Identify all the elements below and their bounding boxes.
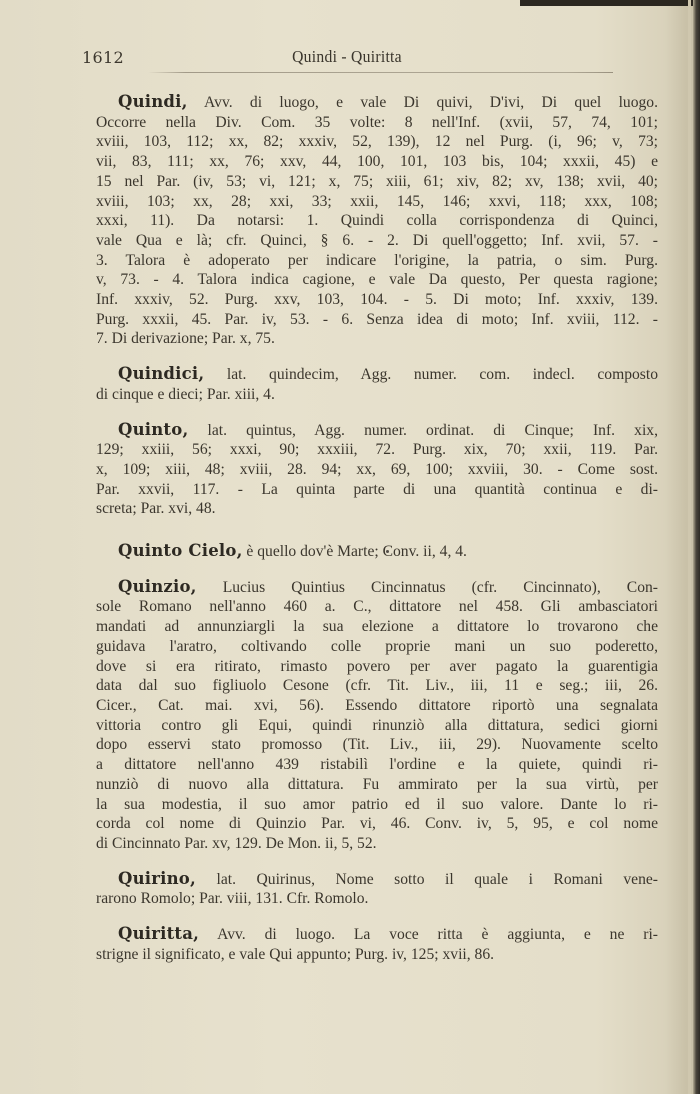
printing-speck: [386, 550, 389, 553]
entry-line: vittoria contro gli Equi, quindi rinunzi…: [96, 716, 658, 736]
entry-line: v, 73. - 4. Talora indica cagione, e val…: [96, 270, 658, 290]
book-page: 1612 Quindi - Quiritta Quindi, Avv. di l…: [0, 0, 700, 1094]
book-binding-edge: [693, 0, 700, 1094]
entry-line: Quirino, lat. Quirinus, Nome sotto il qu…: [96, 869, 658, 890]
entry-line: x, 109; xiii, 48; xviii, 28. 94; xx, 69,…: [96, 460, 658, 480]
entry-line: 7. Di derivazione; Par. x, 75.: [96, 329, 658, 349]
entry-line: sole Romano nell'anno 460 a. C., dittato…: [96, 597, 658, 617]
entry-line: Quiritta, Avv. di luogo. La voce ritta è…: [96, 924, 658, 945]
running-head-title: Quindi - Quiritta: [103, 47, 591, 67]
entry-line: di Cincinnato Par. xv, 129. De Mon. ii, …: [96, 834, 658, 854]
page-edge-highlight: [688, 0, 691, 1094]
headword: Quindici,: [118, 364, 204, 383]
entry-quiritta: Quiritta, Avv. di luogo. La voce ritta è…: [96, 924, 658, 964]
entry-line: vale Qua e là; cfr. Quinci, § 6. - 2. Di…: [96, 231, 658, 251]
scan-top-edge: [520, 0, 700, 6]
entry-line: nunziò di nuovo alla dittatura. Fu ammir…: [96, 775, 658, 795]
entry-line: Quinto Cielo, è quello dov'è Marte; Conv…: [96, 541, 658, 562]
entry-line: Cicer., Cat. mai. xvi, 56). Essendo ditt…: [96, 696, 658, 716]
dictionary-entries: Quindi, Avv. di luogo, e vale Di quivi, …: [96, 92, 658, 979]
entry-line: di cinque e dieci; Par. xiii, 4.: [96, 385, 658, 405]
entry-line: guidava l'aratro, coltivando colle propr…: [96, 637, 658, 657]
entry-line: screta; Par. xvi, 48.: [96, 499, 658, 519]
entry-line: strigne il significato, e vale Qui appun…: [96, 945, 658, 965]
entry-quindi: Quindi, Avv. di luogo, e vale Di quivi, …: [96, 92, 658, 349]
entry-line: 15 nel Par. (iv, 53; vi, 121; x, 75; xii…: [96, 172, 658, 192]
headword: Quinto,: [118, 420, 188, 439]
entry-line: xviii, 103; xx, 28; xxi, 33; xxii, 145, …: [96, 192, 658, 212]
entry-line: Quindi, Avv. di luogo, e vale Di quivi, …: [96, 92, 658, 113]
entry-line: vii, 83, 111; xx, 76; xxv, 44, 100, 101,…: [96, 152, 658, 172]
headword: Quinzio,: [118, 577, 197, 596]
entry-line: Par. xxvii, 117. - La quinta parte di un…: [96, 480, 658, 500]
entry-line: Quinzio, Lucius Quintius Cincinnatus (cf…: [96, 577, 658, 598]
entry-line: Quindici, lat. quindecim, Agg. numer. co…: [96, 364, 658, 385]
entry-line: data dal suo figliuolo Cesone (cfr. Tit.…: [96, 676, 658, 696]
entry-quirino: Quirino, lat. Quirinus, Nome sotto il qu…: [96, 869, 658, 909]
entry-line: xviii, 103, 112; xx, 82; xxxiv, 52, 139)…: [96, 132, 658, 152]
entry-line: la sua modestia, il suo amor patrio ed i…: [96, 795, 658, 815]
entry-line: corda col nome di Quinzio Par. vi, 46. C…: [96, 814, 658, 834]
entry-line: rarono Romolo; Par. viii, 131. Cfr. Romo…: [96, 889, 658, 909]
entry-line: Quinto, lat. quintus, Agg. numer. ordina…: [96, 420, 658, 441]
entry-quinto-cielo: Quinto Cielo, è quello dov'è Marte; Conv…: [96, 541, 658, 562]
headword: Quindi,: [118, 92, 188, 111]
entry-quindici: Quindici, lat. quindecim, Agg. numer. co…: [96, 364, 658, 404]
running-head: 1612 Quindi - Quiritta: [82, 48, 612, 74]
entry-quinzio: Quinzio, Lucius Quintius Cincinnatus (cf…: [96, 577, 658, 854]
entry-line: 3. Talora è adoperato per indicare l'ori…: [96, 251, 658, 271]
headword: Quirino,: [118, 869, 196, 888]
entry-line: 129; xxiii, 56; xxxi, 90; xxxiii, 72. Pu…: [96, 440, 658, 460]
entry-line: mandati ad annunziargli la sua elezione …: [96, 617, 658, 637]
entry-line: a dittatore nell'anno 439 ristabilì l'or…: [96, 755, 658, 775]
entry-line: Inf. xxxiv, 52. Purg. xxv, 103, 104. - 5…: [96, 290, 658, 310]
headword: Quinto Cielo,: [118, 541, 243, 560]
headword: Quiritta,: [118, 924, 199, 943]
entry-line: Purg. xxxii, 45. Par. iv, 53. - 6. Senza…: [96, 310, 658, 330]
entry-line: Occorre nella Div. Com. 35 volte: 8 nell…: [96, 113, 658, 133]
header-rule: [148, 72, 613, 73]
entry-quinto: Quinto, lat. quintus, Agg. numer. ordina…: [96, 420, 658, 520]
entry-line: dove si era ritirato, rimasto povero per…: [96, 657, 658, 677]
entry-line: dopo esservi stato promosso (Tit. Liv., …: [96, 735, 658, 755]
entry-line: xxxi, 11). Da notarsi: 1. Quindi colla c…: [96, 211, 658, 231]
